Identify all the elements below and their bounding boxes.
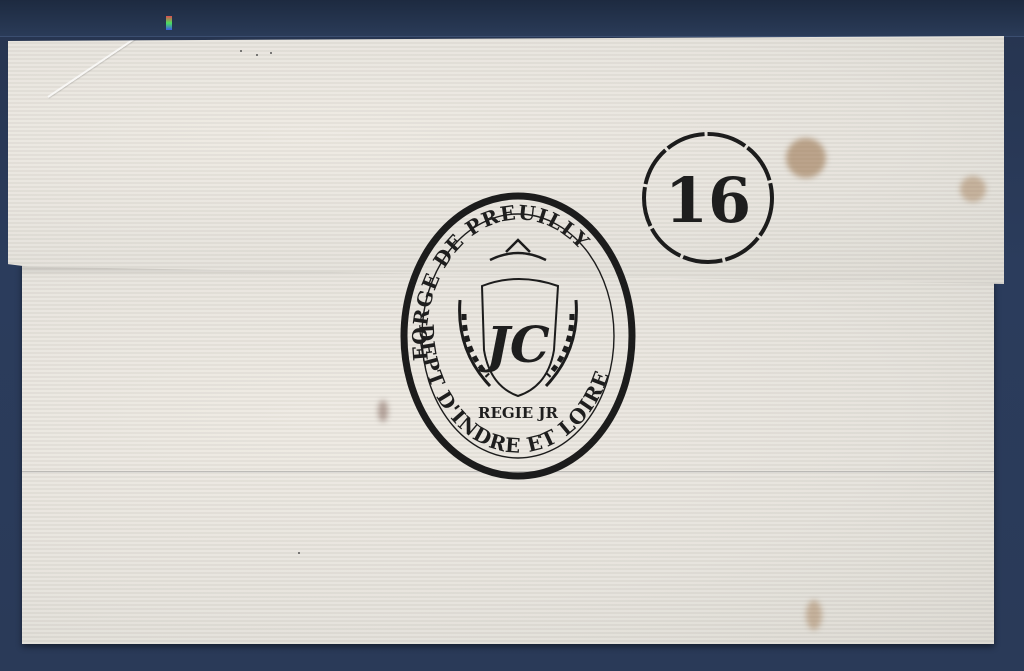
speck bbox=[240, 50, 242, 52]
circled-16-postmark: 16 bbox=[636, 128, 778, 268]
speck bbox=[256, 54, 258, 56]
ink-mark bbox=[378, 400, 388, 422]
seal-monogram: JC bbox=[478, 315, 550, 374]
foxing-stain bbox=[960, 176, 986, 202]
postmark-number: 16 bbox=[665, 164, 751, 237]
foxing-stain bbox=[806, 600, 822, 630]
speck bbox=[298, 552, 300, 554]
seal-center-label: REGIE JR bbox=[478, 404, 558, 422]
light-glint bbox=[166, 16, 172, 30]
foxing-stain bbox=[786, 138, 826, 178]
scanner-background-band bbox=[0, 0, 1024, 37]
speck bbox=[270, 52, 272, 54]
forge-de-preuilly-seal: FORGE DE PREUILLY DEPT D'INDRE ET LOIRE … bbox=[398, 190, 638, 480]
